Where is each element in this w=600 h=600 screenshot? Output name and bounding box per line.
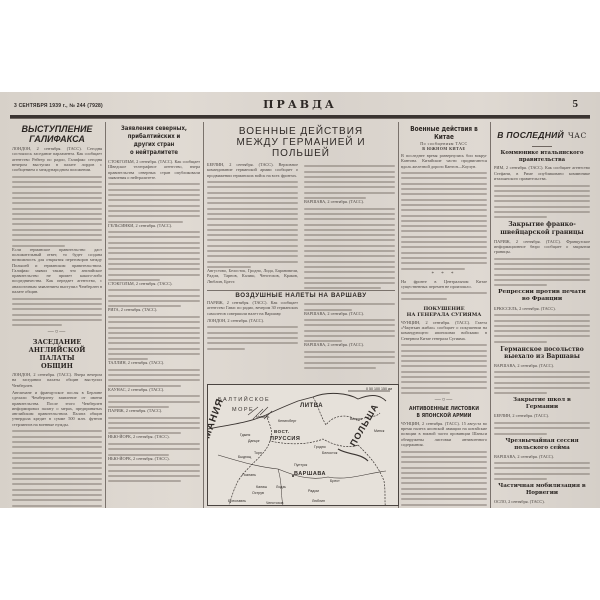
latest-news-item: Частичная мобилизация в НорвегииОСЛО, 2 … [494, 483, 590, 508]
article-body-lines [207, 326, 298, 349]
text-line [12, 245, 65, 247]
text-line [108, 210, 200, 212]
text-line [207, 348, 245, 350]
text-line [108, 454, 169, 456]
article-body-lines [494, 371, 590, 394]
text-line [494, 185, 590, 187]
latest-news-item: Закрытие школ в ГерманииБЕРЛИН, 2 сентяб… [494, 397, 590, 434]
text-line [304, 181, 395, 183]
article-body-lines [108, 289, 200, 307]
article-body-lines [304, 303, 395, 310]
text-line [12, 436, 102, 438]
text-line [401, 498, 487, 500]
map-label-warsaw: ВАРШАВА [294, 471, 326, 477]
article-body-lines [304, 319, 395, 342]
article-body-lines [401, 451, 487, 508]
text-line [494, 422, 590, 424]
text-line [108, 374, 200, 376]
map-city-gdynia: Гдыня [240, 433, 250, 437]
text-line [401, 493, 487, 495]
text-line [12, 430, 102, 432]
text-line [108, 379, 200, 381]
latest-news-headline: Закрытие франко-швейцарской границы [498, 221, 586, 236]
map-label-sea: МОРЕ [232, 407, 254, 413]
text-line [304, 282, 395, 284]
map-poland-east-prussia: 0 50 100 150 км БАЛТИЙСКОЕ МОРЕ ЛИТВА ВО… [207, 384, 399, 506]
map-city-pultusk: Пултуск [294, 463, 307, 467]
text-line [12, 218, 102, 220]
text-line [304, 176, 395, 178]
latest-news-item: Германское посольство выехало из Варшавы… [494, 346, 590, 395]
text-line [108, 300, 200, 302]
map-city-dot [292, 475, 294, 477]
text-line [108, 205, 200, 207]
text-line [494, 335, 590, 337]
latest-news-text: ПАРИЖ, 2 сентября. (ТАСС). Французское и… [494, 239, 590, 255]
text-line [494, 279, 590, 281]
text-line [401, 262, 487, 264]
article-body-lines [304, 208, 395, 289]
text-line [304, 239, 395, 241]
text-line [494, 467, 590, 469]
text-line [304, 208, 395, 210]
ornament-divider: —○— [12, 329, 102, 335]
war-article-columns: БЕРЛИН, 2 сентября. (ТАСС). Верховное ко… [207, 162, 395, 289]
text-line [207, 337, 298, 339]
text-line [494, 341, 547, 343]
text-line [494, 263, 590, 265]
article-commons: ЗАСЕДАНИЕ АНГЛИЙСКОЙ ПАЛАТЫ ОБЩИН ЛОНДОН… [12, 338, 102, 508]
map-city-torun: Торн [254, 451, 262, 455]
text-line [207, 192, 298, 194]
article-halifax: ВЫСТУПЛЕНИЕ ГАЛИФАКСА ЛОНДОН, 2 сентября… [12, 124, 102, 326]
text-line [401, 252, 487, 254]
text-line [401, 392, 450, 394]
column-divider [203, 122, 204, 508]
text-line [12, 202, 102, 204]
article-lead: СТОКГОЛЬМ, 2 сентября. (ТАСС). Как сообщ… [108, 159, 200, 180]
latest-news-text: ОСЛО, 2 сентября. (ТАСС). [494, 499, 590, 504]
text-line [401, 199, 487, 201]
map-label-lithuania: ЛИТВА [300, 403, 323, 409]
headline-china: Военные действия в Китае [409, 125, 480, 141]
text-line [108, 279, 160, 281]
masthead: 3 СЕНТЯБРЯ 1939 г., № 244 (7928) ПРАВДА … [0, 92, 600, 118]
text-line [401, 204, 487, 206]
text-line [207, 213, 298, 215]
text-line [108, 189, 200, 191]
text-line [494, 211, 590, 213]
text-line [401, 488, 487, 490]
text-line [304, 255, 395, 257]
text-line [12, 314, 102, 316]
article-body-lines [401, 292, 487, 299]
article-lead: ЧУНЦИН, 2 сентября. (ТАСС). 15 августа в… [401, 421, 487, 447]
text-line [494, 216, 547, 218]
text-line [108, 401, 200, 403]
dispatch-dateline: РИГА, 2 сентября. (ТАСС). [108, 307, 200, 312]
text-line [12, 319, 102, 321]
text-line [207, 250, 298, 252]
text-line [12, 298, 102, 300]
latest-news-headline: Коммюнике итальянского правительства [498, 150, 586, 163]
article-body: Англичане и французское послы в Берлине … [12, 390, 102, 427]
article-body-lines [207, 181, 298, 268]
article-body-lines [12, 298, 102, 326]
map-city-kalisz: Калиш [256, 485, 267, 489]
text-line [12, 197, 102, 199]
text-line [304, 303, 395, 305]
text-line [494, 258, 590, 260]
text-line [401, 472, 487, 474]
map-city-breslau: Бреславль [228, 499, 246, 503]
text-line [304, 324, 395, 326]
text-line [108, 247, 200, 249]
latest-news-item: Закрытие франко-швейцарской границыПАРИЖ… [494, 221, 590, 286]
text-line [207, 208, 298, 210]
text-line [304, 277, 395, 279]
text-line [108, 183, 200, 185]
map-city-minsk: Минск [374, 429, 384, 433]
text-line [304, 261, 395, 263]
text-line [12, 192, 102, 194]
article-lead: В последнее время развернулись бои вокру… [401, 153, 487, 169]
text-line [401, 381, 487, 383]
air-raids-right: ВАРШАВА, 2 сентября. (ТАСС). ВАРШАВА, 2 … [304, 300, 395, 369]
text-line [108, 470, 200, 472]
text-line [401, 371, 487, 373]
dispatch-dateline: СТОКГОЛЬМ, 2 сентября. (ТАСС). [108, 281, 200, 286]
text-line [108, 231, 200, 233]
text-line [108, 385, 181, 387]
text-line [108, 427, 200, 429]
text-line [401, 257, 487, 259]
map-city-konigsberg: Кенигсберг [278, 419, 296, 423]
text-line [207, 332, 298, 334]
section-title-italic: В ПОСЛЕДНИЙ [497, 130, 564, 140]
latest-news-text: БРЮССЕЛЬ, 2 сентября. (ТАСС). [494, 306, 590, 311]
text-line [12, 452, 102, 454]
text-line [304, 309, 352, 311]
article-body-lines [494, 422, 590, 435]
latest-news-headline: Частичная мобилизация в Норвегии [498, 483, 586, 497]
article-lead: ЧУНЦИН, 2 сентября. (ТАСС). Газета «Чжун… [401, 320, 487, 341]
text-line [401, 241, 487, 243]
text-line [494, 268, 590, 270]
article-body-lines [108, 316, 200, 360]
text-line [304, 197, 366, 199]
dispatch-dateline: НЬЮ-ЙОРК, 2 сентября. (ТАСС). [108, 434, 200, 439]
text-line [108, 194, 200, 196]
masthead-rule [10, 115, 590, 119]
text-line [304, 186, 395, 188]
latest-news-item: Репрессии против печати во ФранцииБРЮССЕ… [494, 289, 590, 342]
text-line [304, 171, 395, 173]
air-raids-columns: ПАРИЖ, 2 сентября. (ТАСС). Как сообщает … [207, 300, 395, 369]
article-body-lines [401, 172, 487, 269]
dispatch-dateline: ПАРИЖ, 2 сентября. (ТАСС). [108, 408, 200, 413]
article-body-lines [108, 464, 200, 482]
text-line [494, 190, 590, 192]
text-line [12, 208, 102, 210]
text-line [304, 356, 395, 358]
text-line [108, 305, 181, 307]
text-line [304, 271, 395, 273]
text-line [401, 188, 487, 190]
text-line [108, 337, 200, 339]
headline-halifax: ВЫСТУПЛЕНИЕ ГАЛИФАКСА [12, 124, 102, 144]
text-line [401, 344, 487, 346]
article-air-raids: ВОЗДУШНЫЕ НАЛЕТЫ НА ВАРШАВУ ПАРИЖ, 2 сен… [207, 290, 395, 369]
latest-news-headline: Германское посольство выехало из Варшавы [498, 346, 586, 361]
text-line [401, 477, 487, 479]
map-label-east-prussia-1: ВОСТ. [274, 429, 290, 434]
text-line [108, 252, 200, 254]
map-city-lodz: Лодзь [276, 485, 286, 489]
text-line [304, 165, 395, 167]
column-divider [490, 122, 491, 508]
text-line [494, 314, 590, 316]
text-line [304, 266, 395, 268]
text-line [108, 263, 200, 265]
text-line [304, 287, 381, 289]
dispatch-dateline: ГЕЛЬСИНКИ, 2 сентября. (ТАСС). [108, 223, 200, 228]
latest-news-text: ВАРШАВА, 2 сентября. (ТАСС). [494, 454, 590, 459]
text-line [12, 467, 102, 469]
text-line [304, 224, 395, 226]
text-line [207, 224, 298, 226]
text-line [108, 417, 200, 419]
map-city-ostrow: Острув [252, 491, 264, 495]
text-line [207, 181, 298, 183]
article-body-lines [108, 395, 200, 408]
article-lead: ПАРИЖ, 2 сентября. (ТАСС). Как сообщает … [207, 300, 298, 316]
column-1: ВЫСТУПЛЕНИЕ ГАЛИФАКСА ЛОНДОН, 2 сентября… [12, 122, 102, 508]
text-line [401, 456, 487, 458]
latest-news-item: Коммюнике итальянского правительстваРИМ,… [494, 150, 590, 218]
article-body-lines [12, 176, 102, 247]
dispatch-dateline: НЬЮ-ЙОРК, 2 сентября. (ТАСС). [108, 456, 200, 461]
text-line [207, 239, 298, 241]
text-line [207, 202, 298, 204]
headline-air-raids: ВОЗДУШНЫЕ НАЛЕТЫ НА ВАРШАВУ [207, 291, 395, 300]
dispatch-dateline: ТАЛЛИН, 2 сентября. (ТАСС). [108, 360, 200, 365]
text-line [207, 255, 298, 257]
text-line [12, 473, 102, 475]
text-line [494, 330, 590, 332]
text-line [304, 192, 395, 194]
text-line [207, 342, 298, 344]
text-line [494, 382, 590, 384]
map-city-bialystok: Белосток [322, 451, 337, 455]
text-line [207, 234, 298, 236]
article-body-lines [494, 185, 590, 219]
text-line [494, 473, 590, 475]
text-line [12, 181, 102, 183]
text-line [12, 324, 62, 326]
text-line [494, 387, 590, 389]
article-body-lines [108, 231, 200, 281]
latest-news-headline: Репрессии против печати во Франции [498, 289, 586, 303]
text-line [207, 245, 298, 247]
article-body-lines [401, 344, 487, 394]
text-line [108, 480, 181, 482]
map-city-lublin: Люблин [312, 499, 325, 503]
text-line [12, 462, 102, 464]
text-line [401, 209, 487, 211]
text-line [304, 330, 395, 332]
text-line [401, 365, 487, 367]
text-line [108, 321, 200, 323]
text-line [108, 236, 200, 238]
text-line [494, 427, 590, 429]
newspaper-title: ПРАВДА [0, 98, 600, 111]
headline-neutrality: Заявления северных, прибалтийских и друг… [116, 124, 191, 156]
subhead: В ЮЖНОМ КИТАЕ [401, 146, 487, 151]
headline-sugiyama: ПОКУШЕНИЕ НА ГЕНЕРАЛА СУГИЯМА [401, 306, 487, 319]
text-line [401, 225, 487, 227]
dispatch-dateline: ЛОНДОН, 2 сентября. (ТАСС). [207, 318, 298, 323]
text-line [401, 292, 487, 294]
map-city-vilno: Вильно [350, 417, 362, 421]
text-line [494, 478, 547, 480]
text-line [494, 371, 590, 373]
text-line [108, 258, 200, 260]
map-city-danzig: Данциг [248, 439, 260, 443]
text-line [12, 505, 102, 507]
text-line [207, 266, 251, 268]
text-line [12, 478, 102, 480]
text-line [207, 229, 298, 231]
text-line [108, 327, 200, 329]
map-city-poznan: Познань [242, 473, 256, 477]
map-city-radom: Радом [308, 489, 319, 493]
text-line [108, 274, 200, 276]
map-city-grodno: Гродно [314, 445, 326, 449]
text-line [401, 467, 487, 469]
text-line [12, 441, 102, 443]
text-line [401, 355, 487, 357]
text-line [108, 215, 200, 217]
text-line [108, 289, 200, 291]
article-body-lines [494, 462, 590, 480]
text-line [108, 406, 169, 408]
section-title-latest: В ПОСЛЕДНИЙ ЧАС [494, 125, 590, 143]
text-line [494, 376, 590, 378]
map-city-memel: Мемель [256, 415, 269, 419]
text-line [494, 200, 590, 202]
dispatch-dateline: ВАРШАВА, 2 сентября. (ТАСС). [304, 311, 395, 316]
article-body-lines [304, 351, 395, 369]
text-line [12, 494, 102, 496]
text-line [108, 448, 200, 450]
text-line [108, 464, 200, 466]
text-line [12, 229, 102, 231]
text-line [12, 239, 102, 241]
text-line [401, 376, 487, 378]
text-line [108, 342, 200, 344]
map-label-east-prussia-2: ПРУССИЯ [270, 436, 300, 442]
text-line [401, 177, 487, 179]
text-line [494, 274, 590, 276]
text-line [401, 193, 487, 195]
section-rule [532, 146, 552, 147]
text-line [401, 236, 487, 238]
latest-news-list: Коммюнике итальянского правительстваРИМ,… [494, 150, 590, 508]
text-line [207, 186, 298, 188]
text-line [12, 457, 102, 459]
text-line [401, 298, 447, 300]
text-line [12, 213, 102, 215]
text-line [304, 245, 395, 247]
text-line [494, 195, 590, 197]
text-line [304, 218, 395, 220]
text-line [304, 351, 395, 353]
text-line [494, 284, 547, 286]
text-line [401, 387, 487, 389]
text-line [401, 482, 487, 484]
text-line [108, 316, 200, 318]
map-city-brest: Брест [330, 479, 340, 483]
text-line [12, 234, 102, 236]
latest-news-text: БЕРЛИН, 2 сентября. (ТАСС). [494, 413, 590, 418]
text-line [108, 221, 183, 223]
text-line [108, 353, 200, 355]
text-line [12, 489, 102, 491]
text-line [494, 325, 590, 327]
text-line [304, 362, 395, 364]
article-body-lines [12, 430, 102, 508]
text-line [401, 461, 487, 463]
text-line [12, 176, 102, 178]
dispatch-dateline: КАУНАС, 2 сентября. (ТАСС). [108, 387, 200, 392]
text-line [207, 326, 298, 328]
text-line [108, 422, 200, 424]
text-line [304, 234, 395, 236]
text-line [12, 308, 102, 310]
article-body: Если германское правительство даст полож… [12, 247, 102, 295]
latest-news-text: РИМ, 2 сентября. (ТАСС). Как сообщает аг… [494, 165, 590, 181]
text-line [494, 462, 590, 464]
newspaper-page: 3 СЕНТЯБРЯ 1939 г., № 244 (7928) ПРАВДА … [0, 92, 600, 508]
text-line [12, 446, 102, 448]
latest-news-text: ВАРШАВА, 2 сентября. (ТАСС). [494, 363, 590, 368]
text-line [12, 483, 102, 485]
text-line [108, 242, 200, 244]
section-title-plain: ЧАС [568, 131, 587, 140]
headline-leaflets: АНТИВОЕННЫЕ ЛИСТОВКИ В ЯПОНСКОЙ АРМИИ [409, 406, 480, 420]
article-body-lines [494, 258, 590, 286]
map-scale: 0 50 100 150 км [366, 387, 392, 391]
text-line [12, 186, 102, 188]
text-line [401, 183, 487, 185]
text-line [108, 332, 200, 334]
latest-news-headline: Чрезвычайная сессия польского сейма [498, 438, 586, 452]
article-body-lines [108, 443, 200, 456]
headline-commons: ЗАСЕДАНИЕ АНГЛИЙСКОЙ ПАЛАТЫ ОБЩИН [12, 338, 102, 370]
text-line [108, 348, 200, 350]
war-subcolumn-left: БЕРЛИН, 2 сентября. (ТАСС). Верховное ко… [207, 162, 298, 289]
article-body-lines [494, 314, 590, 342]
stars-divider: * * * [401, 272, 487, 277]
text-line [108, 295, 200, 297]
text-line [401, 215, 487, 217]
text-line [494, 320, 590, 322]
text-line [401, 360, 487, 362]
article-body-lines [108, 369, 200, 387]
text-line [207, 261, 298, 263]
text-line [108, 369, 200, 371]
